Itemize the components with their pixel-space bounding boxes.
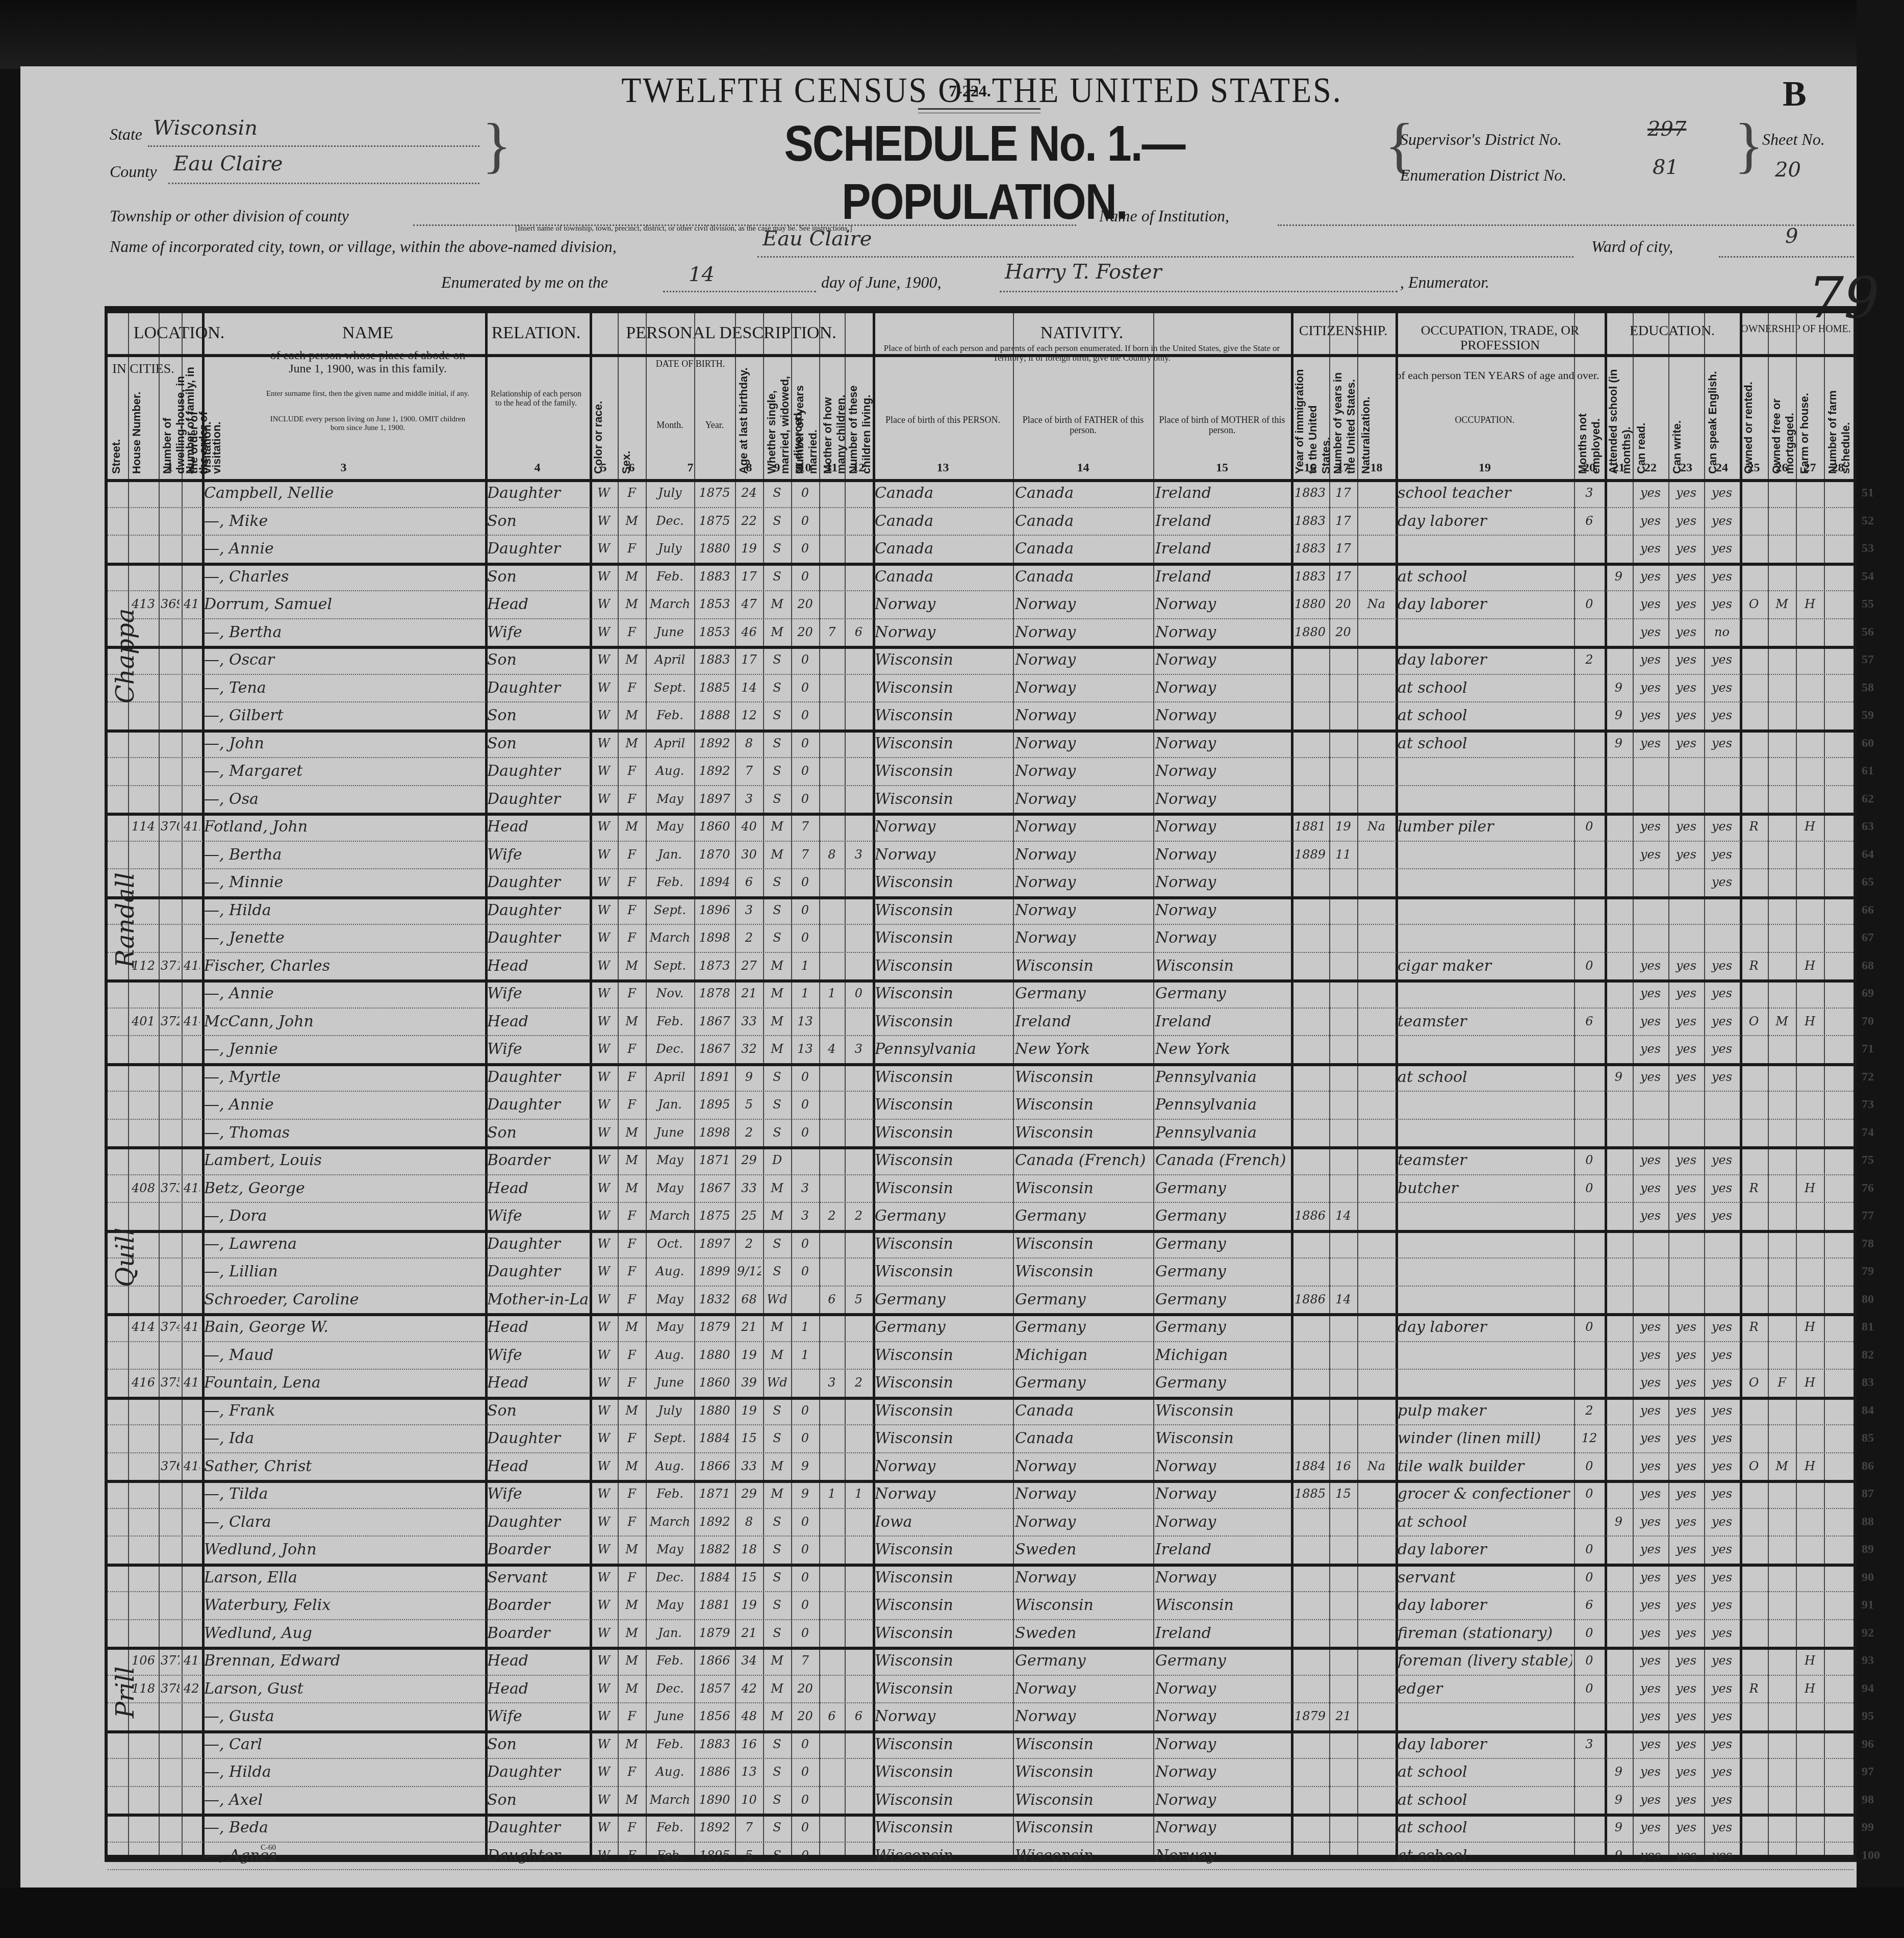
cell-unemployed: 12 — [1576, 1424, 1603, 1452]
cell-name: —, Bertha — [204, 618, 483, 646]
cell-read: yes — [1635, 1424, 1666, 1452]
cell-marital: M — [765, 618, 789, 646]
cell-read: yes — [1635, 1786, 1666, 1814]
cell-year: 1892 — [696, 729, 733, 758]
enumerator-name: Harry T. Foster — [1005, 260, 1162, 284]
cell-occupation: at school — [1398, 1063, 1572, 1091]
cell-birth: Wisconsin — [875, 979, 1011, 1008]
cell-father: Germany — [1015, 979, 1151, 1008]
cell-year: 1857 — [696, 1675, 733, 1703]
cell-father: Norway — [1015, 590, 1151, 618]
cell-mother: Norway — [1155, 757, 1289, 785]
table-row: Schroeder, CarolineMother-in-LawWFMay183… — [108, 1286, 1854, 1314]
cell-month: Nov. — [648, 979, 692, 1008]
cell-write: yes — [1670, 1341, 1702, 1369]
cell-relation: Wife — [487, 1035, 588, 1063]
cell-yrs-us: 14 — [1331, 1202, 1355, 1230]
cell-name: —, Mike — [204, 507, 483, 535]
cell-birth: Wisconsin — [875, 1591, 1011, 1619]
cell-read: yes — [1635, 590, 1666, 618]
cell-birth: Norway — [875, 1452, 1011, 1480]
cell-birth: Germany — [875, 1202, 1011, 1230]
cell-relation: Daughter — [487, 479, 588, 507]
street-name: Quill — [111, 1154, 140, 1287]
cell-yrs-married: 0 — [793, 1564, 817, 1592]
date-of-birth-header: DATE OF BIRTH. — [646, 359, 735, 369]
cell-write: yes — [1670, 1508, 1702, 1536]
cell-yrs-married: 1 — [793, 952, 817, 980]
cell-immig: 1883 — [1293, 507, 1327, 535]
cell-mother: Norway — [1155, 729, 1289, 758]
cell-mother: Ireland — [1155, 1536, 1289, 1564]
cell-own: R — [1742, 1313, 1766, 1341]
cell-unemployed: 6 — [1576, 1008, 1603, 1036]
cell-read: yes — [1635, 507, 1666, 535]
cell-sex: M — [620, 729, 644, 758]
cell-year: 1866 — [696, 1647, 733, 1675]
cell-english: yes — [1706, 952, 1738, 980]
cell-year: 1885 — [696, 674, 733, 702]
line-number: 90 — [1862, 1571, 1874, 1584]
cell-read: yes — [1635, 1675, 1666, 1703]
cell-school: 9 — [1607, 674, 1631, 702]
cell-marital: M — [765, 1452, 789, 1480]
cell-marital: M — [765, 1341, 789, 1369]
cell-month: May — [648, 1286, 692, 1314]
cell-yrs-married: 3 — [793, 1174, 817, 1202]
column-number: 4 — [485, 461, 590, 475]
column-header-21: Attended school (in months). — [1607, 367, 1631, 474]
cell-race: W — [592, 729, 616, 758]
cell-birth: Norway — [875, 618, 1011, 646]
cell-marital: S — [765, 1397, 789, 1425]
cell-birth: Wisconsin — [875, 924, 1011, 952]
column-header-20: Months not employed. — [1576, 367, 1603, 474]
cell-yrs-married: 0 — [793, 646, 817, 674]
column-header-26: Owned free or mortgaged. — [1770, 367, 1794, 474]
cell-name: —, Axel — [204, 1786, 483, 1814]
cell-name: Sather, Christ — [204, 1452, 483, 1480]
cell-relation: Son — [487, 1730, 588, 1758]
cell-age: 10 — [737, 1786, 761, 1814]
cell-unemployed: 2 — [1576, 1397, 1603, 1425]
cell-yrs-married: 0 — [793, 1814, 817, 1842]
line-number: 99 — [1862, 1821, 1874, 1834]
cell-yrs-us: 14 — [1331, 1286, 1355, 1314]
cell-occupation: at school — [1398, 729, 1572, 758]
cell-age: 21 — [737, 1619, 761, 1647]
cell-write: yes — [1670, 1369, 1702, 1397]
table-row: Waterbury, FelixBoarderWMMay188119S0Wisc… — [108, 1591, 1854, 1619]
cell-unemployed: 0 — [1576, 1564, 1603, 1592]
cell-yrs-married: 0 — [793, 729, 817, 758]
cell-race: W — [592, 1730, 616, 1758]
cell-month: May — [648, 813, 692, 841]
cell-living: 0 — [847, 979, 871, 1008]
cell-relation: Daughter — [487, 1758, 588, 1786]
cell-age: 42 — [737, 1675, 761, 1703]
table-row: Lambert, LouisBoarderWMMay187129DWiscons… — [108, 1146, 1854, 1174]
cell-relation: Head — [487, 1647, 588, 1675]
cell-mother: Canada (French) — [1155, 1146, 1289, 1174]
cell-marital: S — [765, 563, 789, 591]
supervisor-district-label: Supervisor's District No. — [1400, 130, 1562, 149]
cell-age: 19 — [737, 1397, 761, 1425]
cell-mother: Ireland — [1155, 563, 1289, 591]
cell-race: W — [592, 535, 616, 563]
cell-occupation: day laborer — [1398, 507, 1572, 535]
cell-birth: Wisconsin — [875, 757, 1011, 785]
column-number: 28 — [1824, 461, 1852, 475]
county-label: County — [110, 162, 157, 181]
table-row: —, JennieWifeWFDec.186732M1343Pennsylvan… — [108, 1035, 1854, 1063]
row-rule — [108, 1869, 1854, 1870]
cell-living: 6 — [847, 1702, 871, 1730]
cell-father: Norway — [1015, 1675, 1151, 1703]
cell-marital: M — [765, 1647, 789, 1675]
cell-sex: M — [620, 507, 644, 535]
cell-sex: M — [620, 1730, 644, 1758]
cell-sex: M — [620, 1675, 644, 1703]
cell-mother: New York — [1155, 1035, 1289, 1063]
cell-race: W — [592, 1508, 616, 1536]
cell-relation: Daughter — [487, 757, 588, 785]
cell-read: yes — [1635, 979, 1666, 1008]
cell-family: 412 — [184, 813, 200, 841]
cell-age: 46 — [737, 618, 761, 646]
cell-write: yes — [1670, 1758, 1702, 1786]
cell-month: Feb. — [648, 701, 692, 729]
table-row: 401372414McCann, JohnHeadWMFeb.186733M13… — [108, 1008, 1854, 1036]
cell-sex: M — [620, 1146, 644, 1174]
cell-birth: Norway — [875, 590, 1011, 618]
county-line — [168, 183, 479, 184]
cell-marital: S — [765, 1424, 789, 1452]
column-header-24: Can speak English. — [1706, 367, 1738, 474]
cell-english: yes — [1706, 1063, 1738, 1091]
cell-age: 18 — [737, 1536, 761, 1564]
cell-relation: Servant — [487, 1564, 588, 1592]
cell-mother: Norway — [1155, 896, 1289, 924]
cell-month: Jan. — [648, 841, 692, 869]
cell-name: —, Annie — [204, 1091, 483, 1119]
cell-english: yes — [1706, 1730, 1738, 1758]
cell-children: 3 — [821, 1369, 843, 1397]
cell-race: W — [592, 785, 616, 813]
enumeration-district-value: 81 — [1653, 156, 1679, 179]
cell-month: May — [648, 1536, 692, 1564]
cell-dwelling: 375 — [161, 1369, 180, 1397]
cell-write: yes — [1670, 1146, 1702, 1174]
cell-month: Aug. — [648, 1257, 692, 1286]
cell-occupation: day laborer — [1398, 1536, 1572, 1564]
enumeration-district-label: Enumeration District No. — [1400, 166, 1566, 185]
cell-age: 15 — [737, 1564, 761, 1592]
cell-relation: Boarder — [487, 1536, 588, 1564]
cell-year: 1890 — [696, 1786, 733, 1814]
cell-month: April — [648, 729, 692, 758]
cell-month: Dec. — [648, 507, 692, 535]
cell-father: Norway — [1015, 785, 1151, 813]
cell-sex: F — [620, 868, 644, 896]
cell-month: May — [648, 785, 692, 813]
cell-marital: S — [765, 924, 789, 952]
group-location: LOCATION. — [108, 323, 250, 342]
cell-name: —, Lillian — [204, 1257, 483, 1286]
column-header-17: Number of years in the United States. — [1331, 367, 1355, 474]
cell-read: yes — [1635, 1313, 1666, 1341]
cell-immig: 1883 — [1293, 535, 1327, 563]
line-number: 91 — [1862, 1598, 1874, 1612]
cell-birth: Wisconsin — [875, 1008, 1011, 1036]
cell-father: Wisconsin — [1015, 1758, 1151, 1786]
cell-read: yes — [1635, 1369, 1666, 1397]
table-row: —, MaudWifeWFAug.188019M1WisconsinMichig… — [108, 1341, 1854, 1369]
column-header-14: Place of birth of FATHER of this person. — [1013, 415, 1153, 436]
cell-relation: Daughter — [487, 1424, 588, 1452]
table-row: Campbell, NellieDaughterWFJuly187524S0Ca… — [108, 479, 1854, 507]
line-number: 81 — [1862, 1320, 1874, 1334]
cell-name: Betz, George — [204, 1174, 483, 1202]
cell-family: 420 — [184, 1675, 200, 1703]
cell-english: yes — [1706, 1591, 1738, 1619]
table-row: —, ThomasSonWMJune18982S0WisconsinWiscon… — [108, 1119, 1854, 1147]
relation-description: Relationship of each person to the head … — [488, 390, 585, 408]
cell-sex: F — [620, 1702, 644, 1730]
cell-read: yes — [1635, 1619, 1666, 1647]
cell-write: yes — [1670, 701, 1702, 729]
cell-age: 32 — [737, 1035, 761, 1063]
column-number: 13 — [873, 461, 1013, 475]
cell-birth: Germany — [875, 1286, 1011, 1314]
cell-farm: H — [1798, 1452, 1822, 1480]
cell-occupation: day laborer — [1398, 590, 1572, 618]
cell-year: 1888 — [696, 701, 733, 729]
cell-name: Schroeder, Caroline — [204, 1286, 483, 1314]
cell-yrs-married: 0 — [793, 1424, 817, 1452]
cell-name: —, Clara — [204, 1508, 483, 1536]
cell-month: March — [648, 590, 692, 618]
cell-sex: M — [620, 952, 644, 980]
cell-sex: M — [620, 1452, 644, 1480]
cell-month: Feb. — [648, 1008, 692, 1036]
column-header-1: House Number. — [130, 367, 157, 474]
cell-yrs-married: 0 — [793, 701, 817, 729]
cell-sex: F — [620, 1063, 644, 1091]
cell-father: Wisconsin — [1015, 1230, 1151, 1258]
table-row: —, GilbertSonWMFeb.188812S0WisconsinNorw… — [108, 701, 1854, 729]
cell-mother: Norway — [1155, 924, 1289, 952]
column-number: 16 — [1291, 461, 1329, 475]
cell-english: yes — [1706, 1647, 1738, 1675]
cell-relation: Wife — [487, 979, 588, 1008]
table-row: —, AnnieDaughterWFJuly188019S0CanadaCana… — [108, 535, 1854, 563]
cell-living: 1 — [847, 1480, 871, 1508]
cell-year: 1897 — [696, 1230, 733, 1258]
cell-read: yes — [1635, 1063, 1666, 1091]
cell-race: W — [592, 1119, 616, 1147]
cell-birth: Wisconsin — [875, 1369, 1011, 1397]
cell-family: 414 — [184, 1008, 200, 1036]
cell-yrs-married: 0 — [793, 785, 817, 813]
cell-immig: 1879 — [1293, 1702, 1327, 1730]
table-row: Wedlund, JohnBoarderWMMay188218S0Wiscons… — [108, 1536, 1854, 1564]
cell-children: 7 — [821, 618, 843, 646]
cell-month: Aug. — [648, 1452, 692, 1480]
cell-birth: Wisconsin — [875, 1730, 1011, 1758]
cell-mother: Wisconsin — [1155, 1424, 1289, 1452]
cell-father: Wisconsin — [1015, 1174, 1151, 1202]
cell-year: 1871 — [696, 1146, 733, 1174]
cell-birth: Wisconsin — [875, 729, 1011, 758]
cell-school: 9 — [1607, 1508, 1631, 1536]
cell-marital: M — [765, 1702, 789, 1730]
cell-occupation: at school — [1398, 1786, 1572, 1814]
cell-farm: H — [1798, 1313, 1822, 1341]
line-number: 55 — [1862, 597, 1874, 611]
cell-race: W — [592, 757, 616, 785]
cell-marital: S — [765, 1119, 789, 1147]
cell-english: yes — [1706, 674, 1738, 702]
cell-unemployed: 0 — [1576, 1452, 1603, 1480]
table-row: —, AnnieDaughterWFJan.18955S0WisconsinWi… — [108, 1091, 1854, 1119]
cell-mother: Norway — [1155, 1564, 1289, 1592]
table-row: 416375417Fountain, LenaHeadWFJune186039W… — [108, 1369, 1854, 1397]
cell-year: 1895 — [696, 1091, 733, 1119]
cell-yrs-married: 1 — [793, 1341, 817, 1369]
cell-dwelling: 369 — [161, 590, 180, 618]
cell-month: March — [648, 1508, 692, 1536]
cell-write: yes — [1670, 1452, 1702, 1480]
cell-english: yes — [1706, 1702, 1738, 1730]
column-header-28: Number of farm schedule. — [1826, 367, 1850, 474]
cell-sex: M — [620, 1647, 644, 1675]
line-number: 52 — [1862, 514, 1874, 528]
cell-month: Feb. — [648, 1814, 692, 1842]
column-number: 26 — [1768, 461, 1796, 475]
cell-children: 2 — [821, 1202, 843, 1230]
cell-father: New York — [1015, 1035, 1151, 1063]
cell-relation: Daughter — [487, 1814, 588, 1842]
cell-name: Larson, Ella — [204, 1564, 483, 1592]
column-number: 5 — [590, 461, 618, 475]
cell-name: —, Agnes — [204, 1842, 483, 1870]
cell-father: Canada — [1015, 507, 1151, 535]
cell-relation: Boarder — [487, 1146, 588, 1174]
cell-english: yes — [1706, 1480, 1738, 1508]
cell-dwelling: 371 — [161, 952, 180, 980]
table-row: —, OsaDaughterWFMay18973S0WisconsinNorwa… — [108, 785, 1854, 813]
cell-relation: Daughter — [487, 896, 588, 924]
cell-living: 6 — [847, 618, 871, 646]
cell-english: yes — [1706, 841, 1738, 869]
cell-write: yes — [1670, 646, 1702, 674]
cell-marital: M — [765, 1675, 789, 1703]
cell-birth: Wisconsin — [875, 1564, 1011, 1592]
cell-farm: H — [1798, 590, 1822, 618]
cell-read: yes — [1635, 701, 1666, 729]
cell-year: 1894 — [696, 868, 733, 896]
cell-children: 1 — [821, 1480, 843, 1508]
cell-write: yes — [1670, 1619, 1702, 1647]
table-row: —, IdaDaughterWFSept.188415S0WisconsinCa… — [108, 1424, 1854, 1452]
line-number: 83 — [1862, 1376, 1874, 1390]
cell-month: Sept. — [648, 896, 692, 924]
cell-father: Wisconsin — [1015, 1119, 1151, 1147]
cell-race: W — [592, 1786, 616, 1814]
cell-children: 1 — [821, 979, 843, 1008]
line-number: 67 — [1862, 931, 1874, 945]
city-label: Name of incorporated city, town, or vill… — [110, 237, 617, 256]
cell-own: R — [1742, 813, 1766, 841]
cell-race: W — [592, 1536, 616, 1564]
cell-name: McCann, John — [204, 1008, 483, 1036]
cell-month: March — [648, 924, 692, 952]
cell-relation: Daughter — [487, 1091, 588, 1119]
cell-english: yes — [1706, 507, 1738, 535]
cell-family: 416 — [184, 1313, 200, 1341]
cell-write: yes — [1670, 1814, 1702, 1842]
cell-occupation: at school — [1398, 563, 1572, 591]
cell-age: 19 — [737, 1591, 761, 1619]
cell-birth: Wisconsin — [875, 1675, 1011, 1703]
cell-year: 1866 — [696, 1452, 733, 1480]
column-header-11: Mother of how many children. — [821, 367, 843, 474]
cell-name: —, Frank — [204, 1397, 483, 1425]
cell-write: yes — [1670, 1313, 1702, 1341]
line-number: 73 — [1862, 1098, 1874, 1112]
cell-sex: F — [620, 979, 644, 1008]
cell-name: —, Myrtle — [204, 1063, 483, 1091]
line-number: 89 — [1862, 1543, 1874, 1556]
cell-year: 1867 — [696, 1008, 733, 1036]
column-number: 12 — [845, 461, 873, 475]
cell-english: yes — [1706, 1452, 1738, 1480]
cell-mother: Norway — [1155, 1452, 1289, 1480]
cell-name: —, Jennie — [204, 1035, 483, 1063]
cell-birth: Norway — [875, 1480, 1011, 1508]
cell-father: Wisconsin — [1015, 1257, 1151, 1286]
cell-marital: S — [765, 1230, 789, 1258]
cell-mother: Norway — [1155, 1814, 1289, 1842]
cell-immig: 1883 — [1293, 563, 1327, 591]
cell-race: W — [592, 1675, 616, 1703]
cell-year: 1853 — [696, 590, 733, 618]
cell-sex: M — [620, 1119, 644, 1147]
cell-mother: Norway — [1155, 1675, 1289, 1703]
cell-relation: Son — [487, 646, 588, 674]
cell-name: Fountain, Lena — [204, 1369, 483, 1397]
cell-name: —, Annie — [204, 535, 483, 563]
table-row: Wedlund, AugBoarderWMJan.187921S0Wiscons… — [108, 1619, 1854, 1647]
cell-mother: Norway — [1155, 701, 1289, 729]
cell-age: 25 — [737, 1202, 761, 1230]
population-table: LOCATION. IN CITIES. NAME of each person… — [105, 306, 1857, 1862]
cell-year: 1879 — [696, 1619, 733, 1647]
cell-name: —, Gilbert — [204, 701, 483, 729]
cell-father: Wisconsin — [1015, 1063, 1151, 1091]
cell-sex: M — [620, 1008, 644, 1036]
cell-name: Waterbury, Felix — [204, 1591, 483, 1619]
cell-family: 415 — [184, 1174, 200, 1202]
cell-relation: Boarder — [487, 1591, 588, 1619]
cell-mother: Ireland — [1155, 479, 1289, 507]
column-header-16: Year of immigration to the United States… — [1293, 367, 1327, 474]
cell-write: yes — [1670, 1174, 1702, 1202]
cell-farm: H — [1798, 1008, 1822, 1036]
cell-year: 1896 — [696, 896, 733, 924]
cell-birth: Wisconsin — [875, 1397, 1011, 1425]
